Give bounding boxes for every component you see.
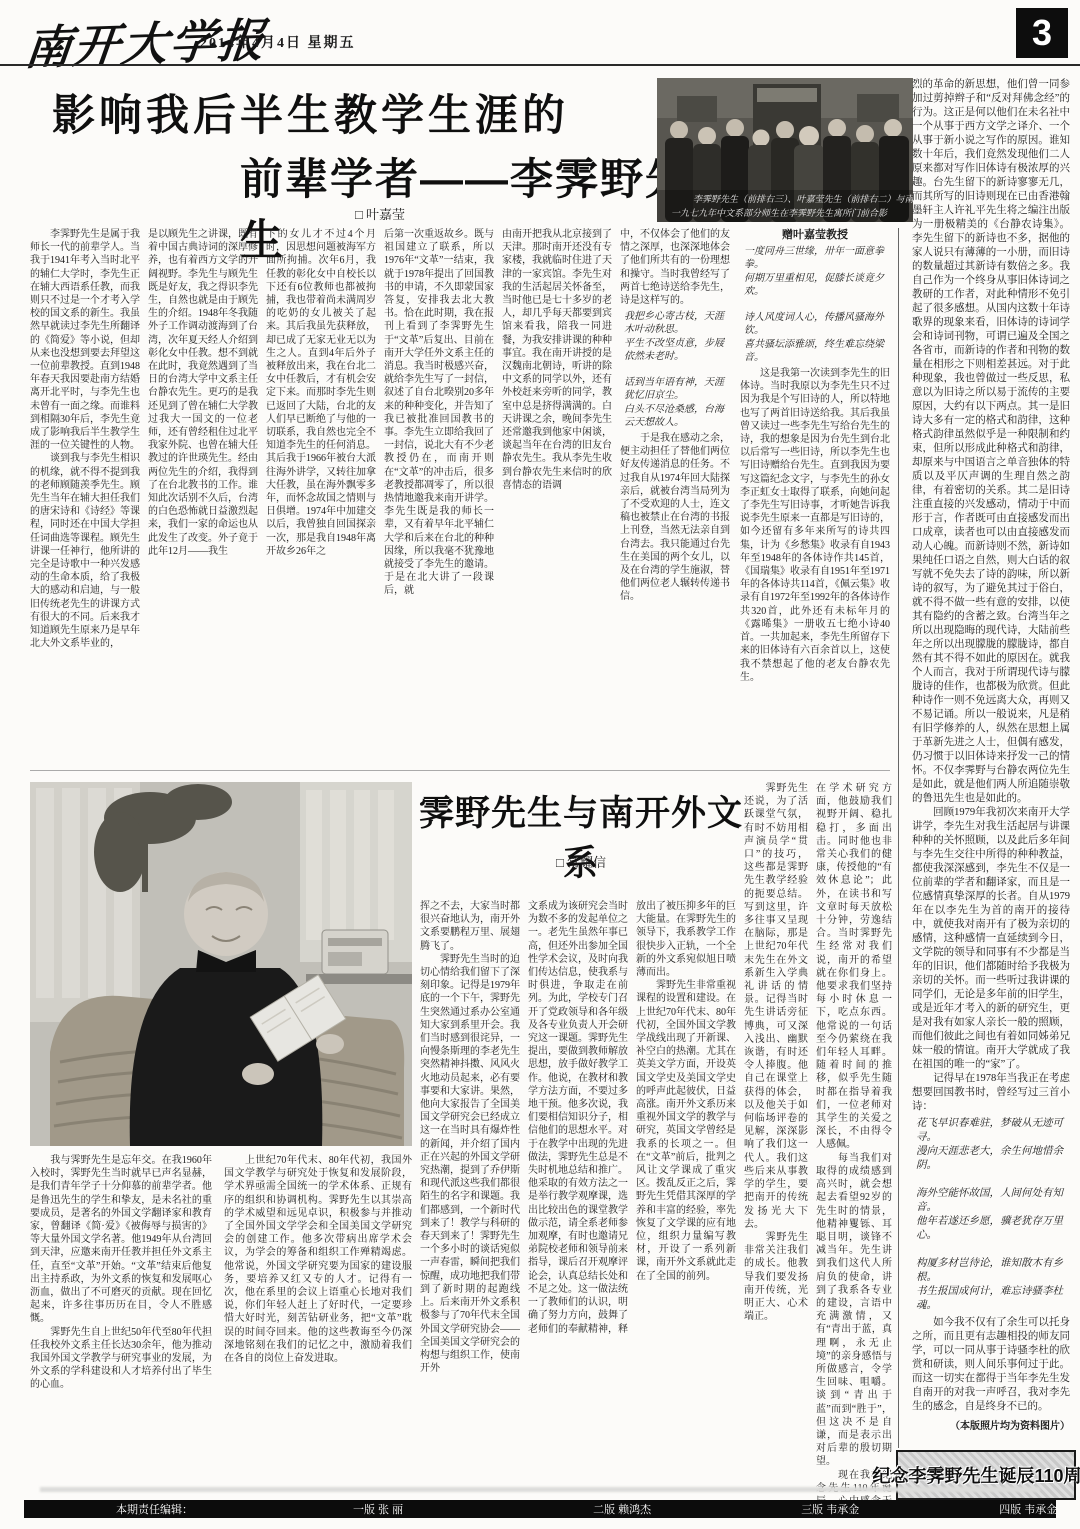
- group-photo-art: 李霁野先生（前排右三）、叶嘉莹先生（前排右二）与南开大学 一九七九年中文系部分师…: [657, 78, 913, 222]
- photo-caption-line2: 一九七九年中文系部分师生在李霁野先生寓所门前合影: [671, 208, 889, 218]
- footer-editor-label: 本期责任编辑：: [116, 1501, 193, 1517]
- inset-poem-to-ye: 一度同舟三世缘，卅年一面意拳拳。 何期万里重相见，促膝长谈竟夕欢。 诗人风度词人…: [744, 245, 890, 364]
- article1-column-2: 是以顾先生之讲课，既有着中国古典诗词的深厚修养，也有着西方文学的开阔视野。李先生…: [148, 228, 258, 768]
- footer-credits-bar: 本期责任编辑： 一版 张 丽 二版 赖鸿杰 三版 韦承金 四版 韦承金 本期责任…: [24, 1500, 1056, 1518]
- article2-column-d: 文系成为该研究会当时为数不多的发起单位之一。老先生虽然年事已高，但还外出参加全国…: [528, 900, 628, 1500]
- footer-editor-page2: 二版 赖鸿杰: [593, 1501, 651, 1517]
- article1-column-3: 下的女儿才不过4个月时，因思想问题被海军方面所拘捕。次年6月，我任教的彰化女中自…: [266, 228, 376, 768]
- article1-poem-to-li: 我把乡心寄古枝，天涯木叶动秋思。 平生不改坚贞意，步屐依然未老时。 话到当年语有…: [624, 310, 730, 429]
- article1-column-6-text-a: 中，不仅体会了他们的友情之深厚，也深深地体会了他们所共有的一份理想和操守。当时我…: [620, 228, 730, 307]
- anniversary-banner-text: 纪念李霁野先生诞辰110周年: [872, 1462, 1080, 1488]
- article1-column-7-text: 这是我第一次读到李先生的旧体诗。当时我原以为李先生只不过因为我是个写旧诗的人，所…: [740, 367, 890, 684]
- article2-column-f: 霁野先生还说，为了活跃课堂气氛，有时不妨用相声演员学“贯口”的技巧，这些都是霁野…: [744, 782, 808, 1500]
- article2-column-c: 挥之不去，大家当时都很兴奋地认为，南开外文系要鹏程万里、展翅腾飞了。 霁野先生当…: [420, 900, 520, 1500]
- article2-column-a: 我与霁野先生是忘年交。在我1960年入校时，霁野先生当时就早已声名显赫，是我们青…: [30, 1154, 212, 1500]
- portrait-photo-art: [30, 782, 412, 1146]
- three-small-poems: 花飞早识春难驻，梦破从无迹可寻。 漫向天涯悲老大，余生何地惜余阴。 海外空能怀故…: [916, 1117, 1070, 1313]
- article1-column-6: 中，不仅体会了他们的友情之深厚，也深深地体会了他们所共有的一份理想和操守。当时我…: [620, 228, 730, 768]
- article1-column-4: 后第一次重返故乡。既与祖国建立了联系，所以1976年“文革”一结束，我就于197…: [384, 228, 494, 768]
- article1-wide-column: 烈的革命的新思想，他们曾一同参加过剪掉辫子和“反对拜佛念经”的行为。这正是何以他…: [912, 78, 1070, 1446]
- footer-editor-page4: 四版 韦承金: [999, 1501, 1057, 1517]
- article1-column-1: 李霁野先生是属于我师长一代的前辈学人。当我于1941年考入当时北平的辅仁大学时，…: [30, 228, 140, 768]
- wide-column-text-1: 烈的革命的新思想，他们曾一同参加过剪掉辫子和“反对拜佛念经”的行为。这正是何以他…: [912, 78, 1070, 1114]
- article1-column-6-text-b: 于是我在感动之余，便主动担任了替他们两位好友传递消息的任务。不过我自从1974年…: [620, 432, 730, 604]
- article1-byline: □ 叶嘉莹: [280, 204, 480, 223]
- article2-column-g: 在学术研究方面，他鼓励我们视野开阔、稳扎稳打，多面出击。同时他也非常关心我们的健…: [816, 782, 892, 1500]
- article1-column-5: 由南开把我从北京接到了天津。那时南开还没有专家楼，我就临时住进了天津的一家宾馆。…: [502, 228, 612, 768]
- anniversary-banner: 纪念李霁野先生诞辰110周年: [896, 1450, 1076, 1500]
- wide-column-text-2: 如今我不仅有了余生可以托身之所，而且更有志趣相投的师友同学，可以一同从事于诗骚李…: [912, 1316, 1070, 1414]
- photo-caption-line1: 李霁野先生（前排右三）、叶嘉莹先生（前排右二）与南开大学: [693, 194, 913, 204]
- article2-column-b: 上世纪70年代末、80年代初，我国外国文学教学与研究处于恢复和发展阶段，学术界亟…: [224, 1154, 412, 1500]
- article2-column-e: 放出了被压抑多年的巨大能量。在霁野先生的领导下，我系教学工作很快步入正轨，一个全…: [636, 900, 736, 1500]
- footer-editor-page3: 三版 韦承金: [801, 1501, 859, 1517]
- portrait-photo: [30, 782, 412, 1146]
- footer-editor-page1: 一版 张 丽: [353, 1501, 403, 1517]
- print-bleed-line: [40, 1487, 1040, 1492]
- page-number: 3: [1032, 12, 1052, 54]
- article1-column-7: 赠叶嘉莹教授 一度同舟三世缘，卅年一面意拳拳。 何期万里重相见，促膝长谈竟夕欢。…: [740, 228, 890, 768]
- header-rule: [0, 64, 1080, 66]
- photo-credit-note: （本版照片均为资料图片）: [912, 1420, 1070, 1434]
- article1-headline-line1: 影响我后半生教学生涯的: [52, 82, 672, 143]
- issue-date: 2014年4月4日 星期五: [200, 32, 356, 52]
- group-photo: 李霁野先生（前排右三）、叶嘉莹先生（前排右二）与南开大学 一九七九年中文系部分师…: [657, 78, 913, 222]
- newspaper-page: 南开大学报 2014年4月4日 星期五 3 影响我后半生教学生涯的 前辈学者——…: [0, 0, 1080, 1529]
- vertical-rule: [898, 228, 899, 1448]
- inset-poem-title: 赠叶嘉莹教授: [740, 229, 890, 242]
- page-number-box: 3: [1016, 8, 1068, 58]
- section-divider: [30, 770, 890, 771]
- article2-byline: □ 常耀信: [486, 852, 676, 871]
- article2-headline: 霁野先生与南开外文系: [416, 786, 746, 886]
